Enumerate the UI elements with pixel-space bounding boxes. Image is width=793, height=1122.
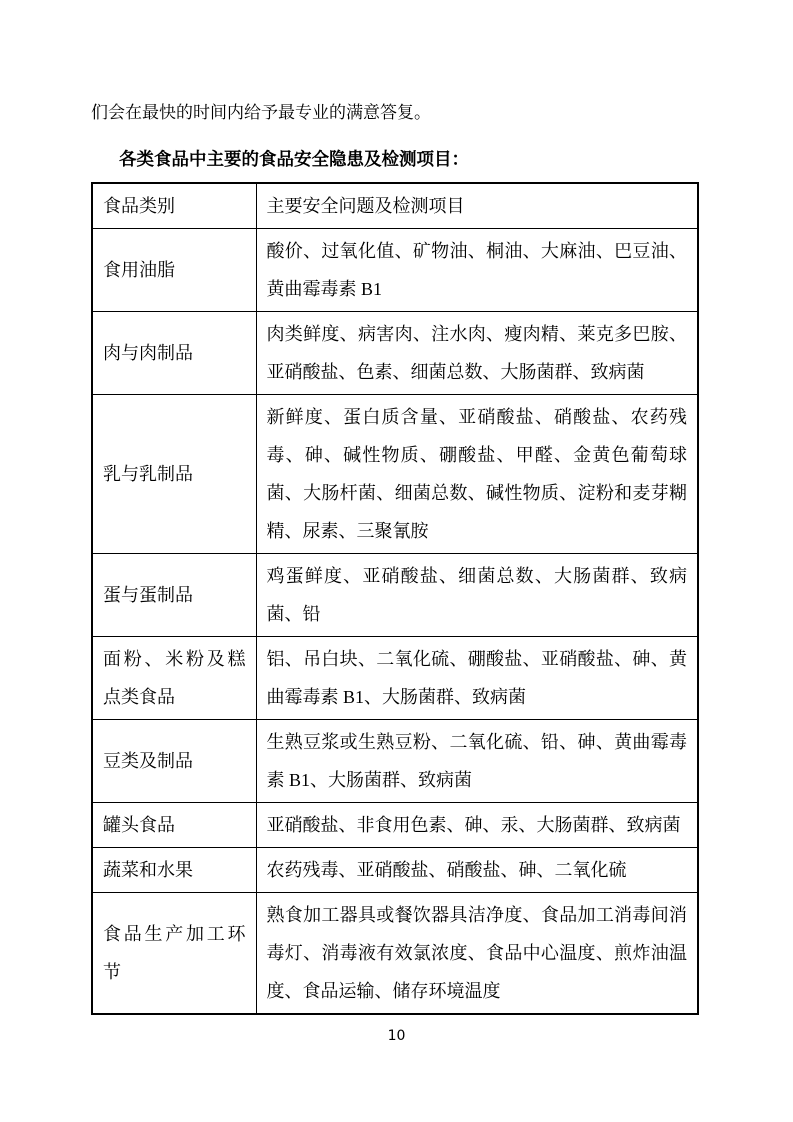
- items-cell: 亚硝酸盐、非食用色素、砷、汞、大肠菌群、致病菌: [256, 803, 698, 848]
- header-items-cell: 主要安全问题及检测项目: [256, 183, 698, 229]
- intro-paragraph: 们会在最快的时间内给予最专业的满意答复。: [91, 100, 697, 126]
- category-cell: 肉与肉制品: [92, 312, 256, 395]
- category-cell: 食用油脂: [92, 229, 256, 312]
- table-row: 乳与乳制品 新鲜度、蛋白质含量、亚硝酸盐、硝酸盐、农药残毒、砷、碱性物质、硼酸盐…: [92, 395, 698, 554]
- category-cell: 蔬菜和水果: [92, 848, 256, 893]
- category-cell: 食品生产加工环节: [92, 893, 256, 1015]
- table-row: 蛋与蛋制品 鸡蛋鲜度、亚硝酸盐、细菌总数、大肠菌群、致病菌、铅: [92, 554, 698, 637]
- food-safety-table: 食品类别 主要安全问题及检测项目 食用油脂 酸价、过氧化值、矿物油、桐油、大麻油…: [91, 182, 699, 1015]
- document-body: 们会在最快的时间内给予最专业的满意答复。 各类食品中主要的食品安全隐患及检测项目…: [91, 100, 697, 1015]
- section-heading: 各类食品中主要的食品安全隐患及检测项目：: [91, 146, 697, 172]
- items-cell: 酸价、过氧化值、矿物油、桐油、大麻油、巴豆油、黄曲霉毒素 B1: [256, 229, 698, 312]
- items-cell: 鸡蛋鲜度、亚硝酸盐、细菌总数、大肠菌群、致病菌、铅: [256, 554, 698, 637]
- table-header-row: 食品类别 主要安全问题及检测项目: [92, 183, 698, 229]
- category-cell: 罐头食品: [92, 803, 256, 848]
- category-cell: 乳与乳制品: [92, 395, 256, 554]
- items-cell: 农药残毒、亚硝酸盐、硝酸盐、砷、二氧化硫: [256, 848, 698, 893]
- table-row: 肉与肉制品 肉类鲜度、病害肉、注水肉、瘦肉精、莱克多巴胺、亚硝酸盐、色素、细菌总…: [92, 312, 698, 395]
- header-category-cell: 食品类别: [92, 183, 256, 229]
- page-number: 10: [0, 1028, 793, 1044]
- table-row: 豆类及制品 生熟豆浆或生熟豆粉、二氧化硫、铅、砷、黄曲霉毒素 B1、大肠菌群、致…: [92, 720, 698, 803]
- table-row: 面粉、米粉及糕点类食品 铝、吊白块、二氧化硫、硼酸盐、亚硝酸盐、砷、黄曲霉毒素 …: [92, 637, 698, 720]
- category-cell: 蛋与蛋制品: [92, 554, 256, 637]
- table-row: 食品生产加工环节 熟食加工器具或餐饮器具洁净度、食品加工消毒间消毒灯、消毒液有效…: [92, 893, 698, 1015]
- table-row: 蔬菜和水果 农药残毒、亚硝酸盐、硝酸盐、砷、二氧化硫: [92, 848, 698, 893]
- items-cell: 肉类鲜度、病害肉、注水肉、瘦肉精、莱克多巴胺、亚硝酸盐、色素、细菌总数、大肠菌群…: [256, 312, 698, 395]
- category-cell: 面粉、米粉及糕点类食品: [92, 637, 256, 720]
- items-cell: 铝、吊白块、二氧化硫、硼酸盐、亚硝酸盐、砷、黄曲霉毒素 B1、大肠菌群、致病菌: [256, 637, 698, 720]
- items-cell: 生熟豆浆或生熟豆粉、二氧化硫、铅、砷、黄曲霉毒素 B1、大肠菌群、致病菌: [256, 720, 698, 803]
- items-cell: 熟食加工器具或餐饮器具洁净度、食品加工消毒间消毒灯、消毒液有效氯浓度、食品中心温…: [256, 893, 698, 1015]
- table-row: 罐头食品 亚硝酸盐、非食用色素、砷、汞、大肠菌群、致病菌: [92, 803, 698, 848]
- items-cell: 新鲜度、蛋白质含量、亚硝酸盐、硝酸盐、农药残毒、砷、碱性物质、硼酸盐、甲醛、金黄…: [256, 395, 698, 554]
- table-row: 食用油脂 酸价、过氧化值、矿物油、桐油、大麻油、巴豆油、黄曲霉毒素 B1: [92, 229, 698, 312]
- category-cell: 豆类及制品: [92, 720, 256, 803]
